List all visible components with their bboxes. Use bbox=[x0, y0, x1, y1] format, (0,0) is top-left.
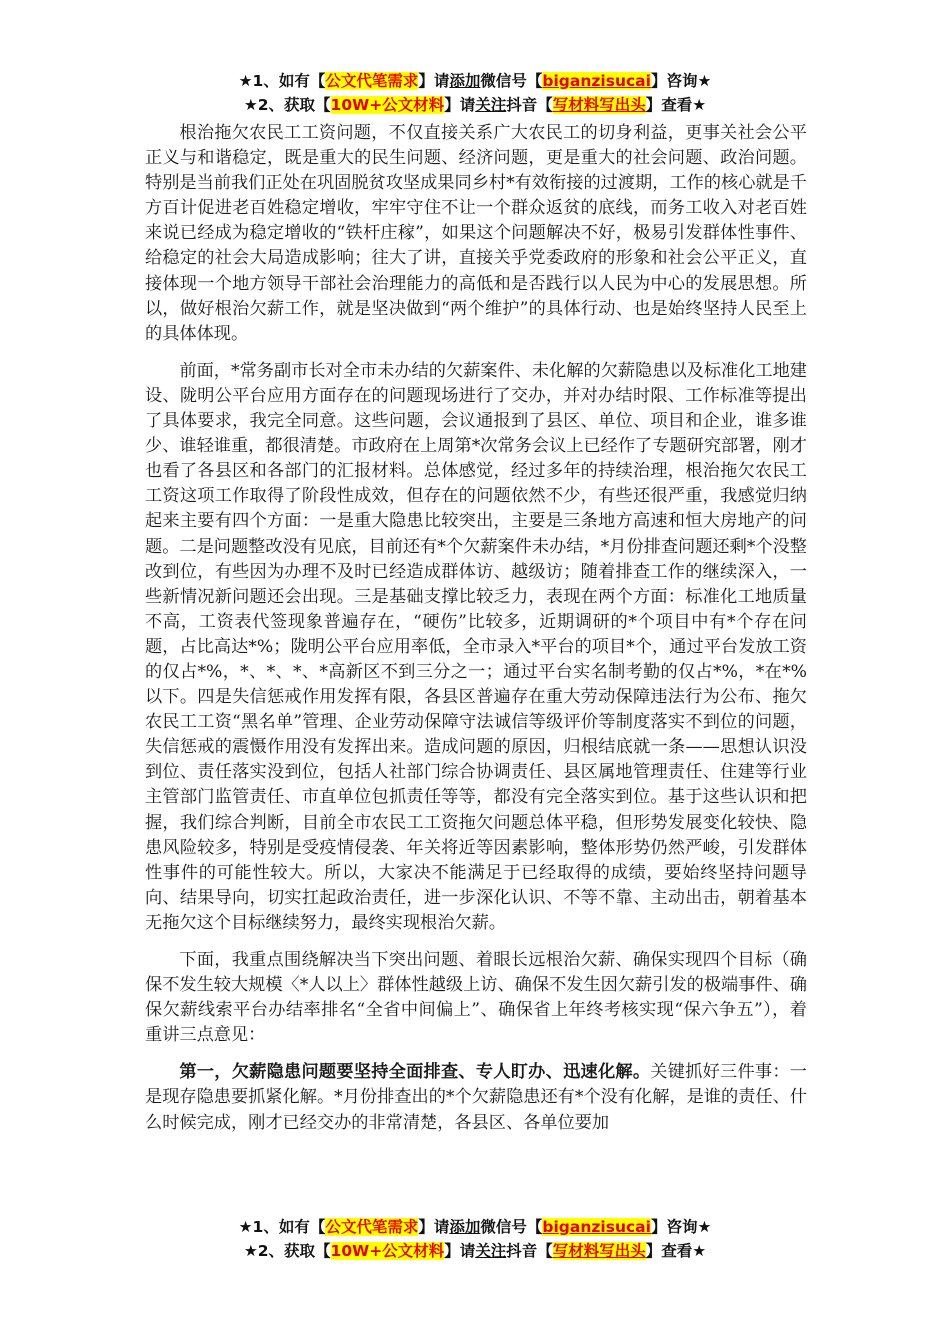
banner-text: 微信号【 bbox=[480, 72, 542, 90]
banner-text: 】请 bbox=[418, 1218, 449, 1236]
section-heading-first: 第一，欠薪隐患问题要坚持全面排查、专人盯办、迅速化解。 bbox=[179, 1062, 650, 1082]
document-body: 根治拖欠农民工工资问题，不仅直接关系广大农民工的切身利益，更事关社会公平正义与和… bbox=[145, 121, 807, 1136]
highlight-materials: 10W+公文材料 bbox=[331, 1242, 445, 1260]
douyin-account: 写材料写出头 bbox=[553, 96, 646, 114]
banner-text: 】请 bbox=[418, 72, 449, 90]
paragraph-3: 下面，我重点围绕解决当下突出问题、着眼长远根治欠薪、确保实现四个目标（确保不发生… bbox=[145, 948, 807, 1048]
banner-text: ★2、获取【 bbox=[244, 96, 331, 114]
banner-text: 】请 bbox=[444, 1242, 475, 1260]
wechat-id: biganzisucai bbox=[542, 1218, 651, 1236]
underline-add: 添加 bbox=[449, 72, 480, 90]
underline-follow: 关注 bbox=[475, 96, 506, 114]
banner-text: 抖音【 bbox=[506, 1242, 553, 1260]
banner-text: ★1、如有【 bbox=[239, 72, 326, 90]
footer-banner-line-2: ★2、获取【10W+公文材料】请关注抖音【写材料写出头】查看★ bbox=[0, 1239, 950, 1263]
paragraph-1: 根治拖欠农民工工资问题，不仅直接关系广大农民工的切身利益，更事关社会公平正义与和… bbox=[145, 121, 807, 347]
highlight-materials: 10W+公文材料 bbox=[331, 96, 445, 114]
header-banner: ★1、如有【公文代笔需求】请添加微信号【biganzisucai】咨询★ ★2、… bbox=[0, 69, 950, 117]
header-banner-line-2: ★2、获取【10W+公文材料】请关注抖音【写材料写出头】查看★ bbox=[0, 93, 950, 117]
banner-text: 】咨询★ bbox=[651, 72, 711, 90]
banner-text: 】查看★ bbox=[646, 1242, 706, 1260]
highlight-service: 公文代笔需求 bbox=[325, 72, 418, 90]
banner-text: ★2、获取【 bbox=[244, 1242, 331, 1260]
banner-text: 】请 bbox=[444, 96, 475, 114]
underline-follow: 关注 bbox=[475, 1242, 506, 1260]
footer-banner: ★1、如有【公文代笔需求】请添加微信号【biganzisucai】咨询★ ★2、… bbox=[0, 1215, 950, 1263]
douyin-account: 写材料写出头 bbox=[553, 1242, 646, 1260]
banner-text: 微信号【 bbox=[480, 1218, 542, 1236]
banner-text: ★1、如有【 bbox=[239, 1218, 326, 1236]
paragraph-4: 第一，欠薪隐患问题要坚持全面排查、专人盯办、迅速化解。关键抓好三件事：一是现存隐… bbox=[145, 1060, 807, 1135]
underline-add: 添加 bbox=[449, 1218, 480, 1236]
banner-text: 抖音【 bbox=[506, 96, 553, 114]
highlight-service: 公文代笔需求 bbox=[325, 1218, 418, 1236]
banner-text: 】查看★ bbox=[646, 96, 706, 114]
banner-text: 】咨询★ bbox=[651, 1218, 711, 1236]
footer-banner-line-1: ★1、如有【公文代笔需求】请添加微信号【biganzisucai】咨询★ bbox=[0, 1215, 950, 1239]
header-banner-line-1: ★1、如有【公文代笔需求】请添加微信号【biganzisucai】咨询★ bbox=[0, 69, 950, 93]
paragraph-2: 前面，*常务副市长对全市未办结的欠薪案件、未化解的欠薪隐患以及标准化工地建设、陇… bbox=[145, 359, 807, 936]
wechat-id: biganzisucai bbox=[542, 72, 651, 90]
